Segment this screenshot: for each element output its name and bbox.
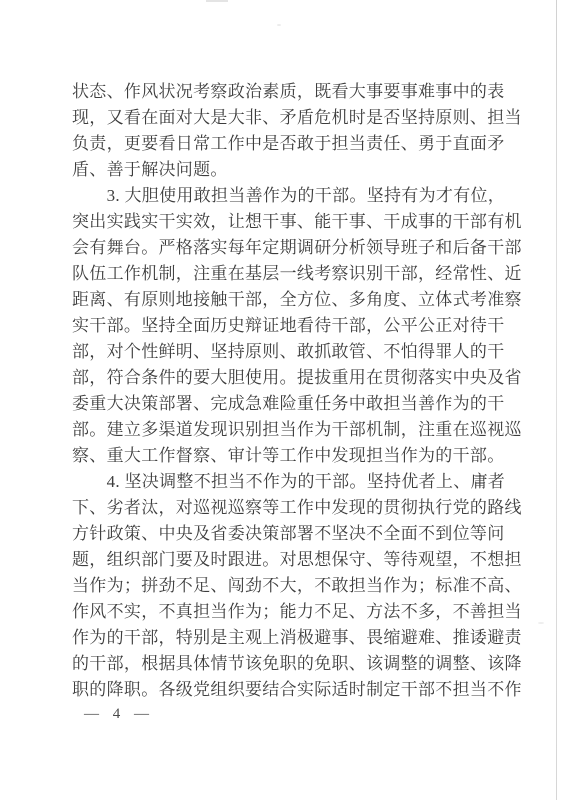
text-line: 部。建立多渠道发现识别担当作为干部机制，注重在巡视巡 [72,417,492,443]
text-line: 作为的干部，特别是主观上消极避事、畏缩避难、推诿避责 [72,625,492,651]
text-line: 的干部，根据具体情节该免职的免职、该调整的调整、该降 [72,651,492,677]
text-line: 盾、善于解决问题。 [72,157,492,183]
text-line: 部，对个性鲜明、坚持原则、敢抓敢管、不怕得罪人的干 [72,339,492,365]
text-line: 下、劣者汰，对巡视巡察等工作中发现的贯彻执行党的路线 [72,495,492,521]
text-line: 部，符合条件的要大胆使用。提拔重用在贯彻落实中央及省 [72,365,492,391]
text-line: 察、重大工作督察、审计等工作中发现担当作为的干部。 [72,443,492,469]
text-line: 实干部。坚持全面历史辩证地看待干部，公平公正对待干 [72,313,492,339]
scan-artifact [538,622,544,624]
text-line: 负责，更要看日常工作中是否敢于担当责任、勇于直面矛 [72,131,492,157]
text-line-numbered-item-4: 4. 坚决调整不担当不作为的干部。坚持优者上、庸者 [72,469,492,495]
page-number: — 4 — [84,704,154,724]
text-line: 作风不实，不真担当作为；能力不足、方法不多，不善担当 [72,599,492,625]
text-line: 现，又看在面对大是大非、矛盾危机时是否坚持原则、担当 [72,105,492,131]
text-line: 当作为；拼劲不足、闯劲不大，不敢担当作为；标准不高、 [72,573,492,599]
document-page: 状态、作风状况考察政治素质，既看大事要事难事中的表 现，又看在面对大是大非、矛盾… [0,0,566,800]
text-line: 委重大决策部署、完成急难险重任务中敢担当善作为的干 [72,391,492,417]
text-line: 会有舞台。严格落实每年定期调研分析领导班子和后备干部 [72,235,492,261]
text-line: 距离、有原则地接触干部，全方位、多角度、立体式考准察 [72,287,492,313]
text-line: 职的降职。各级党组织要结合实际适时制定干部不担当不作 [72,677,492,703]
text-line: 队伍工作机制，注重在基层一线考察识别干部，经常性、近 [72,261,492,287]
document-body: 状态、作风状况考察政治素质，既看大事要事难事中的表 现，又看在面对大是大非、矛盾… [72,79,492,703]
text-line-numbered-item-3: 3. 大胆使用敢担当善作为的干部。坚持有为才有位， [72,183,492,209]
scan-artifact [206,0,228,2]
scan-edge-line [556,0,557,800]
scan-artifact [277,24,281,26]
text-line: 突出实践实干实效，让想干事、能干事、干成事的干部有机 [72,209,492,235]
text-line: 题，组织部门要及时跟进。对思想保守、等待观望，不想担 [72,547,492,573]
text-line: 状态、作风状况考察政治素质，既看大事要事难事中的表 [72,79,492,105]
text-line: 方针政策、中央及省委决策部署不坚决不全面不到位等问 [72,521,492,547]
